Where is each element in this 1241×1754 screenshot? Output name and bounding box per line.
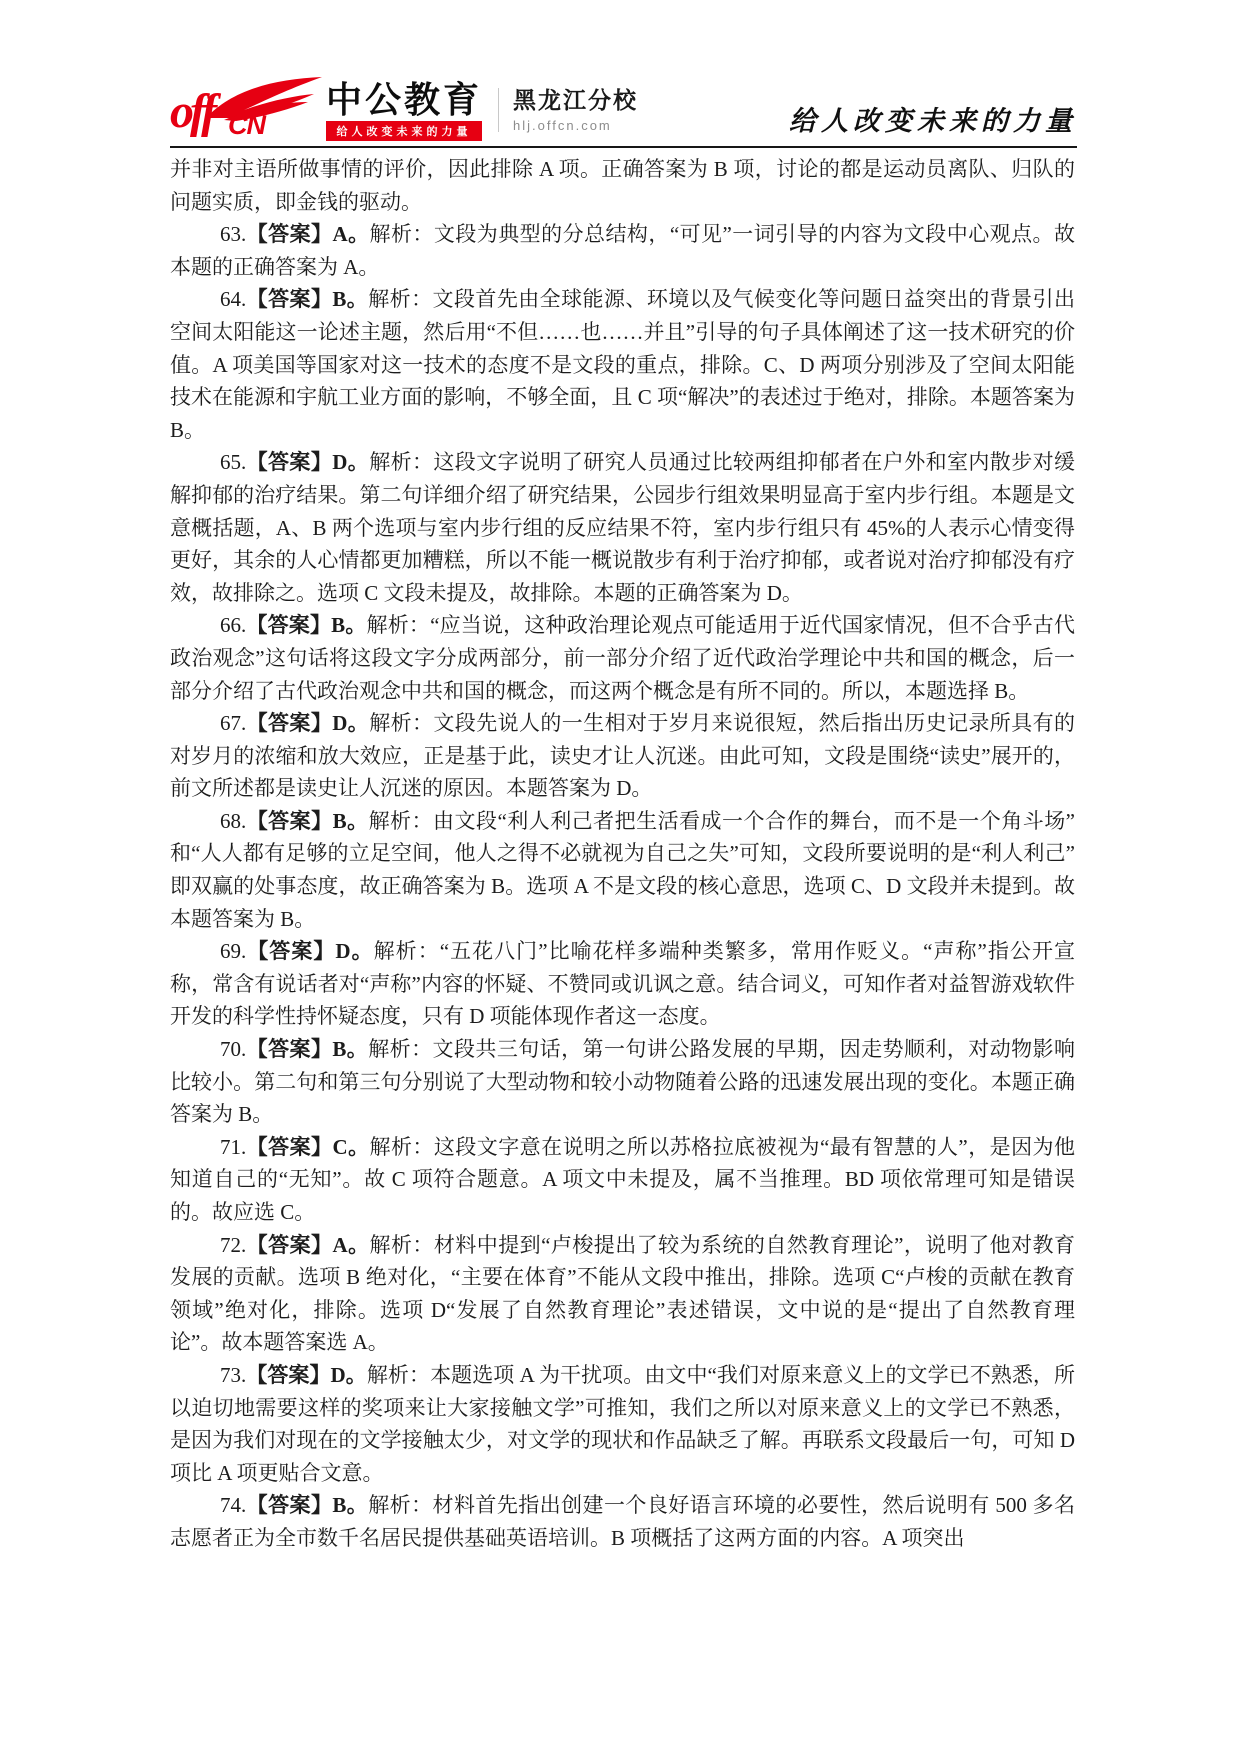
answer-label: 【答案】A。	[246, 222, 369, 246]
question-number: 70.	[220, 1037, 246, 1061]
answer-label: 【答案】B。	[246, 613, 366, 637]
branch-website: hlj.offcn.com	[513, 118, 638, 133]
answer-label: 【答案】B。	[246, 1493, 368, 1517]
answer-label: 【答案】B。	[246, 287, 368, 311]
answer-paragraph: 71.【答案】C。解析：这段文字意在说明之所以苏格拉底被视为“最有智慧的人”，是…	[170, 1131, 1075, 1229]
logo-divider	[498, 88, 499, 132]
branch-column: 黑龙江分校 hlj.offcn.com	[513, 88, 638, 133]
brand-column: 中公教育 给人改变未来的力量	[326, 81, 482, 141]
answer-paragraph: 66.【答案】B。解析：“应当说，这种政治理论观点可能适用于近代国家情况，但不合…	[170, 609, 1075, 707]
document-page: off CN 中公教育 给人改变未来的力量 黑龙江分校 hlj.offcn.co…	[0, 0, 1241, 1754]
answer-paragraph: 68.【答案】B。解析：由文段“利人利己者把生活看成一个合作的舞台，而不是一个角…	[170, 805, 1075, 935]
explanation-text: 并非对主语所做事情的评价，因此排除 A 项。正确答案为 B 项，讨论的都是运动员…	[170, 157, 1075, 214]
question-number: 74.	[220, 1493, 246, 1517]
answer-paragraph: 67.【答案】D。解析：文段先说人的一生相对于岁月来说很短，然后指出历史记录所具…	[170, 707, 1075, 805]
answer-paragraph: 74.【答案】B。解析：材料首先指出创建一个良好语言环境的必要性，然后说明有 5…	[170, 1489, 1075, 1554]
brand-name: 中公教育	[326, 81, 482, 119]
question-number: 66.	[220, 613, 246, 637]
answer-label: 【答案】D。	[246, 450, 369, 474]
answer-paragraph: 72.【答案】A。解析：材料中提到“卢梭提出了较为系统的自然教育理论”，说明了他…	[170, 1229, 1075, 1359]
answer-paragraph: 65.【答案】D。解析：这段文字说明了研究人员通过比较两组抑郁者在户外和室内散步…	[170, 446, 1075, 609]
question-number: 67.	[220, 711, 246, 735]
answer-label: 【答案】B。	[246, 809, 368, 833]
logo-script-text: off	[170, 88, 213, 136]
brand-tagline-banner: 给人改变未来的力量	[326, 121, 482, 141]
question-number: 68.	[220, 809, 246, 833]
answer-explanations: 并非对主语所做事情的评价，因此排除 A 项。正确答案为 B 项，讨论的都是运动员…	[170, 153, 1075, 1555]
question-number: 69.	[220, 939, 246, 963]
answer-label: 【答案】B。	[246, 1037, 368, 1061]
answer-label: 【答案】D。	[246, 1363, 367, 1387]
offcn-logo: off CN 中公教育 给人改变未来的力量 黑龙江分校 hlj.offcn.co…	[170, 80, 638, 142]
answer-label: 【答案】A。	[246, 1233, 369, 1257]
offcn-logo-mark: off CN	[170, 80, 322, 142]
answer-label: 【答案】D。	[246, 711, 369, 735]
answer-paragraph: 70.【答案】B。解析：文段共三句话，第一句讲公路发展的早期，因走势顺利，对动物…	[170, 1033, 1075, 1131]
answer-label: 【答案】D。	[246, 939, 373, 963]
answer-paragraph: 并非对主语所做事情的评价，因此排除 A 项。正确答案为 B 项，讨论的都是运动员…	[170, 153, 1075, 218]
logo-cn-text: CN	[228, 112, 265, 139]
question-number: 63.	[220, 222, 246, 246]
answer-label: 【答案】C。	[246, 1135, 369, 1159]
header-rule	[170, 146, 1077, 148]
question-number: 64.	[220, 287, 246, 311]
header-slogan: 给人改变未来的力量	[789, 99, 1077, 142]
answer-paragraph: 69.【答案】D。解析：“五花八门”比喻花样多端种类繁多，常用作贬义。“声称”指…	[170, 935, 1075, 1033]
question-number: 72.	[220, 1233, 246, 1257]
answer-paragraph: 73.【答案】D。解析：本题选项 A 为干扰项。由文中“我们对原来意义上的文学已…	[170, 1359, 1075, 1489]
answer-paragraph: 63.【答案】A。解析：文段为典型的分总结构，“可见”一词引导的内容为文段中心观…	[170, 218, 1075, 283]
question-number: 71.	[220, 1135, 246, 1159]
question-number: 73.	[220, 1363, 246, 1387]
question-number: 65.	[220, 450, 246, 474]
answer-paragraph: 64.【答案】B。解析：文段首先由全球能源、环境以及气候变化等问题日益突出的背景…	[170, 283, 1075, 446]
branch-name: 黑龙江分校	[513, 88, 638, 113]
page-header: off CN 中公教育 给人改变未来的力量 黑龙江分校 hlj.offcn.co…	[170, 76, 1077, 142]
